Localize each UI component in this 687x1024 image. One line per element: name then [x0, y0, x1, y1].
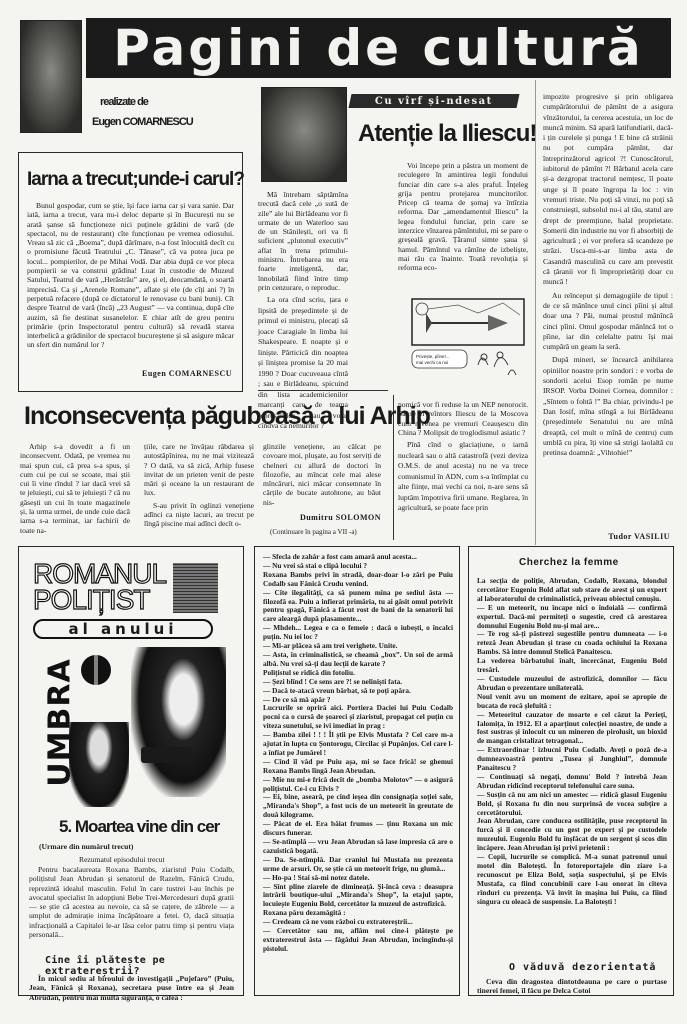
article-arhip-col3: glinzile venețiene, au călcat pe covoare… [263, 442, 381, 510]
author-photo-vasiliu [261, 87, 347, 182]
novel-logo-line3: al anului [33, 619, 213, 639]
novel-col3-box: Cherchez la femme La secția de poliție, … [468, 546, 674, 996]
article-arhip-continued: (Continuare în pagina a VII -a) [270, 528, 388, 537]
novel-chapter-title: 5. Moartea vine din cer [59, 817, 219, 837]
rubric-cu-virf: Cu vîrf și-ndesat [349, 94, 520, 108]
logo-hatch [173, 563, 218, 613]
article-iliescu-col1: Mă întrebam săptămîna trecută dacă cele … [258, 190, 348, 435]
novel-cover-illustration: UMBRA [31, 647, 231, 809]
novel-sub1-text: În micul sediu al biroului de investigaț… [29, 974, 234, 1005]
author-photo-comarnescu [20, 20, 82, 133]
article-iliescu-col2: Voi începe prin a păstra un moment de re… [398, 161, 528, 276]
article-arhip-title: Inconsecvența păguboasă a lui Arhip [24, 402, 430, 431]
article-iarna-box: Iarna a trecut;unde-i carul? Bunul gospo… [18, 152, 243, 392]
novel-summary: Pentru bacalaureata Roxana Bambs, ziaris… [29, 865, 234, 942]
svg-text:Privește, pîine!...: Privește, pîine!... [416, 354, 450, 359]
article-iarna-signature: Eugen COMARNESCU [142, 369, 232, 378]
pistol-figure [141, 747, 191, 763]
masthead-credit-line2: Eugen COMARNESCU [92, 116, 193, 128]
article-iliescu-title: Atenție la Iliescu! [358, 120, 536, 148]
novel-col2-dialogue: — Sfecla de zahăr a fost cam amară anul … [263, 553, 453, 954]
man-figure [69, 722, 129, 807]
rubric-label: Cu vîrf și-ndesat [375, 96, 493, 107]
masthead-title: Pagini de cultură [113, 18, 644, 78]
novel-logo: ROMANUL POLIȚIST al anului [33, 561, 218, 639]
novel-box: ROMANUL POLIȚIST al anului UMBRA 5. Moar… [18, 546, 244, 996]
masthead-banner: Pagini de cultură [86, 18, 671, 78]
divider-arhip-top [258, 390, 388, 391]
novel-col2-box: — Sfecla de zahăr a fost cam amară anul … [254, 546, 460, 996]
cartoon-drawing-icon: Privește, pîine!... mai vechi ca noi [408, 295, 530, 390]
article-iliescu-col3: impozite progresive și prin obligarea cu… [543, 92, 673, 461]
article-iarna-title: Iarna a trecut;unde-i carul? [27, 169, 244, 191]
article-arhip-col1: Arhip s-a dovedit a fi un inconsecvent. … [20, 442, 130, 538]
novel-summary-heading: Rezumatul episodului trecut [79, 855, 165, 864]
masthead-credit-line1: realizate de [100, 96, 148, 108]
cartoon-illustration: Privește, pîine!... mai vechi ca noi [408, 295, 530, 390]
divider-col-right [535, 80, 536, 545]
novel-from-prev: (Urmare din numărul trecut) [39, 842, 133, 851]
novel-subhead-cherchez: Cherchez la femme [519, 557, 619, 568]
novel-subhead-vaduva: O văduvă dezorientată [509, 962, 656, 973]
target-crosshair-icon [81, 655, 111, 685]
article-arhip-col2: țiile, care ne învățau răbdarea și autos… [144, 442, 254, 532]
article-iliescu-signature: Tudor VASILIU [560, 532, 670, 541]
svg-text:mai vechi ca noi: mai vechi ca noi [416, 360, 448, 365]
woman-figure [131, 647, 226, 797]
article-iarna-body: Bunul gospodar, cum se știe, își face ia… [27, 201, 234, 353]
novel-col3-dialogue: La secția de poliție, Abrudan, Codalb, R… [477, 577, 667, 907]
novel-sub3-text: Ceva din dragostea dintotdeauna pe care … [477, 977, 667, 999]
article-arhip-signature: Dumitru SOLOMON [263, 513, 381, 522]
